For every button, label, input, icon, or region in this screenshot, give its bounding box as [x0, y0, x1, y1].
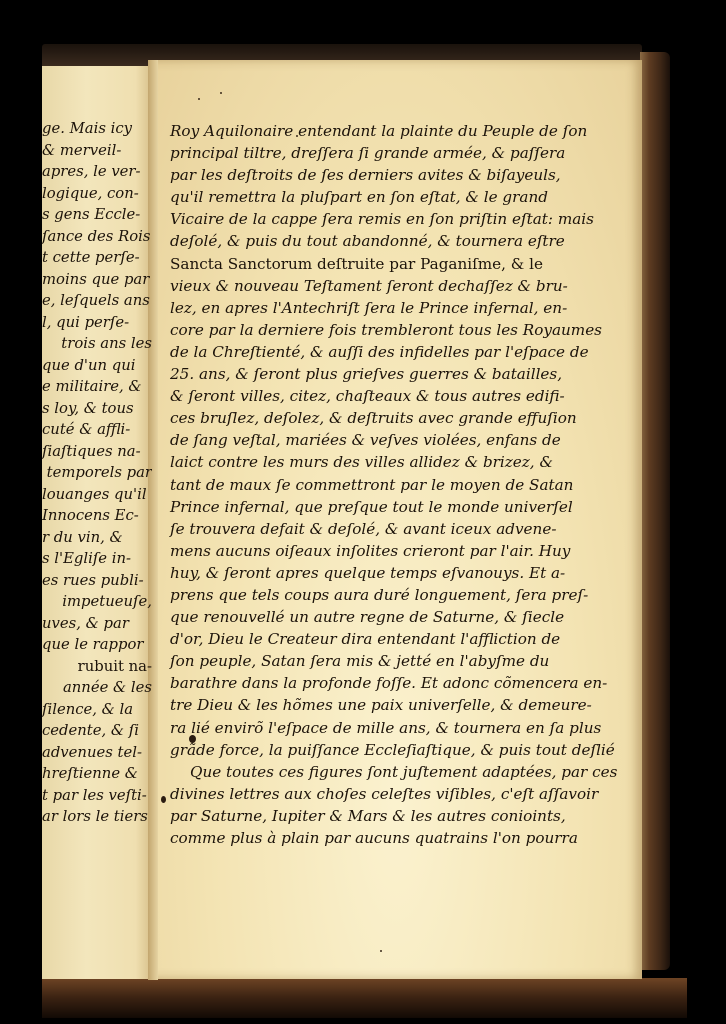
text-line: laict contre les murs des villes allidez…: [170, 451, 617, 473]
text-line: Prince infernal, que preſque tout le mon…: [170, 496, 617, 518]
book-cover-bottom-edge: [42, 978, 687, 1018]
text-line: ces bruſlez, deſolez, & deſtruits avec g…: [170, 407, 617, 429]
text-line: Innocens Ec-: [42, 505, 152, 527]
text-line: lez, en apres l'Antechriſt ſera le Princ…: [170, 297, 617, 319]
text-line: huy, & ſeront apres quelque temps eſvano…: [170, 562, 617, 584]
text-line: es rues publi-: [42, 570, 152, 592]
text-line: Roy Aquilonaire entendant la plainte du …: [170, 120, 617, 142]
text-line: vieux & nouveau Teſtament ſeront dechaſſ…: [170, 275, 617, 297]
right-page-text: Roy Aquilonaire entendant la plainte du …: [170, 120, 617, 849]
paper-speck: [220, 92, 222, 94]
text-line: rubuit na-: [42, 656, 152, 678]
text-line: grãde force, la puiſſance Eccleſiaſtique…: [170, 739, 617, 761]
text-line: r du vin, &: [42, 527, 152, 549]
text-line: qu'il remettra la pluſpart en ſon eſtat,…: [170, 186, 617, 208]
text-line: ar lors le tiers: [42, 806, 152, 828]
text-line: uves, & par: [42, 613, 152, 635]
book-spread: ge. Mais icy & merveil- apres, le ver- l…: [0, 0, 726, 1024]
text-line: core par la derniere fois trembleront to…: [170, 319, 617, 341]
text-line: de ſang veſtal, mariées & veſves violées…: [170, 429, 617, 451]
text-line: l, qui perſe-: [42, 312, 152, 334]
text-line: que le rappor: [42, 634, 152, 656]
text-line: que d'un qui: [42, 355, 152, 377]
text-line: logique, con-: [42, 183, 152, 205]
text-line: tre Dieu & les hõmes une paix univerſell…: [170, 694, 617, 716]
text-line: louanges qu'il: [42, 484, 152, 506]
text-line: de la Chreſtienté, & auſſi des infidelle…: [170, 341, 617, 363]
text-line: ſiaſtiques na-: [42, 441, 152, 463]
text-line: année & les: [42, 677, 152, 699]
text-line: ge. Mais icy: [42, 118, 152, 140]
text-line: temporels par: [42, 462, 152, 484]
text-line: ra lié envirõ l'eſpace de mille ans, & t…: [170, 717, 617, 739]
text-line: barathre dans la profonde foſſe. Et adon…: [170, 672, 617, 694]
left-page-text: ge. Mais icy & merveil- apres, le ver- l…: [42, 118, 152, 828]
text-line: deſolé, & puis du tout abandonné, & tour…: [170, 230, 617, 252]
text-line: Vicaire de la cappe ſera remis en ſon pr…: [170, 208, 617, 230]
text-line: s loy, & tous: [42, 398, 152, 420]
text-line: e militaire, &: [42, 376, 152, 398]
text-line: cuté & affli-: [42, 419, 152, 441]
text-line: que renouvellé un autre regne de Saturne…: [170, 606, 617, 628]
book-cover-fore-edge: [640, 52, 670, 970]
text-line: advenues tel-: [42, 742, 152, 764]
text-line: par Saturne, Iupiter & Mars & les autres…: [170, 805, 617, 827]
text-line: & ſeront villes, citez, chaſteaux & tous…: [170, 385, 617, 407]
paper-speck: [198, 98, 200, 100]
paper-speck: [380, 950, 382, 952]
text-line: ſilence, & la: [42, 699, 152, 721]
text-line: s l'Egliſe in-: [42, 548, 152, 570]
text-line: ſe trouvera defait & deſolé, & avant ice…: [170, 518, 617, 540]
text-line: comme plus à plain par aucuns quatrains …: [170, 827, 617, 849]
text-line: Sancta Sanctorum deſtruite par Paganiſme…: [170, 253, 617, 275]
text-line: cedente, & ſi: [42, 720, 152, 742]
text-line: principal tiltre, dreſſera ſi grande arm…: [170, 142, 617, 164]
text-line: ſance des Rois: [42, 226, 152, 248]
text-line: moins que par: [42, 269, 152, 291]
paragraph-start-line: Que toutes ces figures ſont juſtement ad…: [170, 761, 617, 783]
text-line: t cette perſe-: [42, 247, 152, 269]
text-line: d'or, Dieu le Createur dira entendant l'…: [170, 628, 617, 650]
text-line: t par les veſti-: [42, 785, 152, 807]
text-line: ſon peuple, Satan ſera mis & jetté en l'…: [170, 650, 617, 672]
text-line: trois ans les: [42, 333, 152, 355]
text-line: hreſtienne &: [42, 763, 152, 785]
text-line: mens aucuns oiſeaux inſolites crieront p…: [170, 540, 617, 562]
text-line: prens que tels coups aura duré longuemen…: [170, 584, 617, 606]
text-line: s gens Eccle-: [42, 204, 152, 226]
text-line: par les deſtroits de ſes derniers avites…: [170, 164, 617, 186]
text-line: 25. ans, & ſeront plus grieſves guerres …: [170, 363, 617, 385]
text-line: apres, le ver-: [42, 161, 152, 183]
text-line: impetueuſe,: [42, 591, 152, 613]
text-line: & merveil-: [42, 140, 152, 162]
wormhole-mark: [161, 796, 166, 803]
text-line: tant de maux ſe commettront par le moyen…: [170, 474, 617, 496]
text-line: e, leſquels ans: [42, 290, 152, 312]
text-line: divines lettres aux choſes celeſtes viſi…: [170, 783, 617, 805]
